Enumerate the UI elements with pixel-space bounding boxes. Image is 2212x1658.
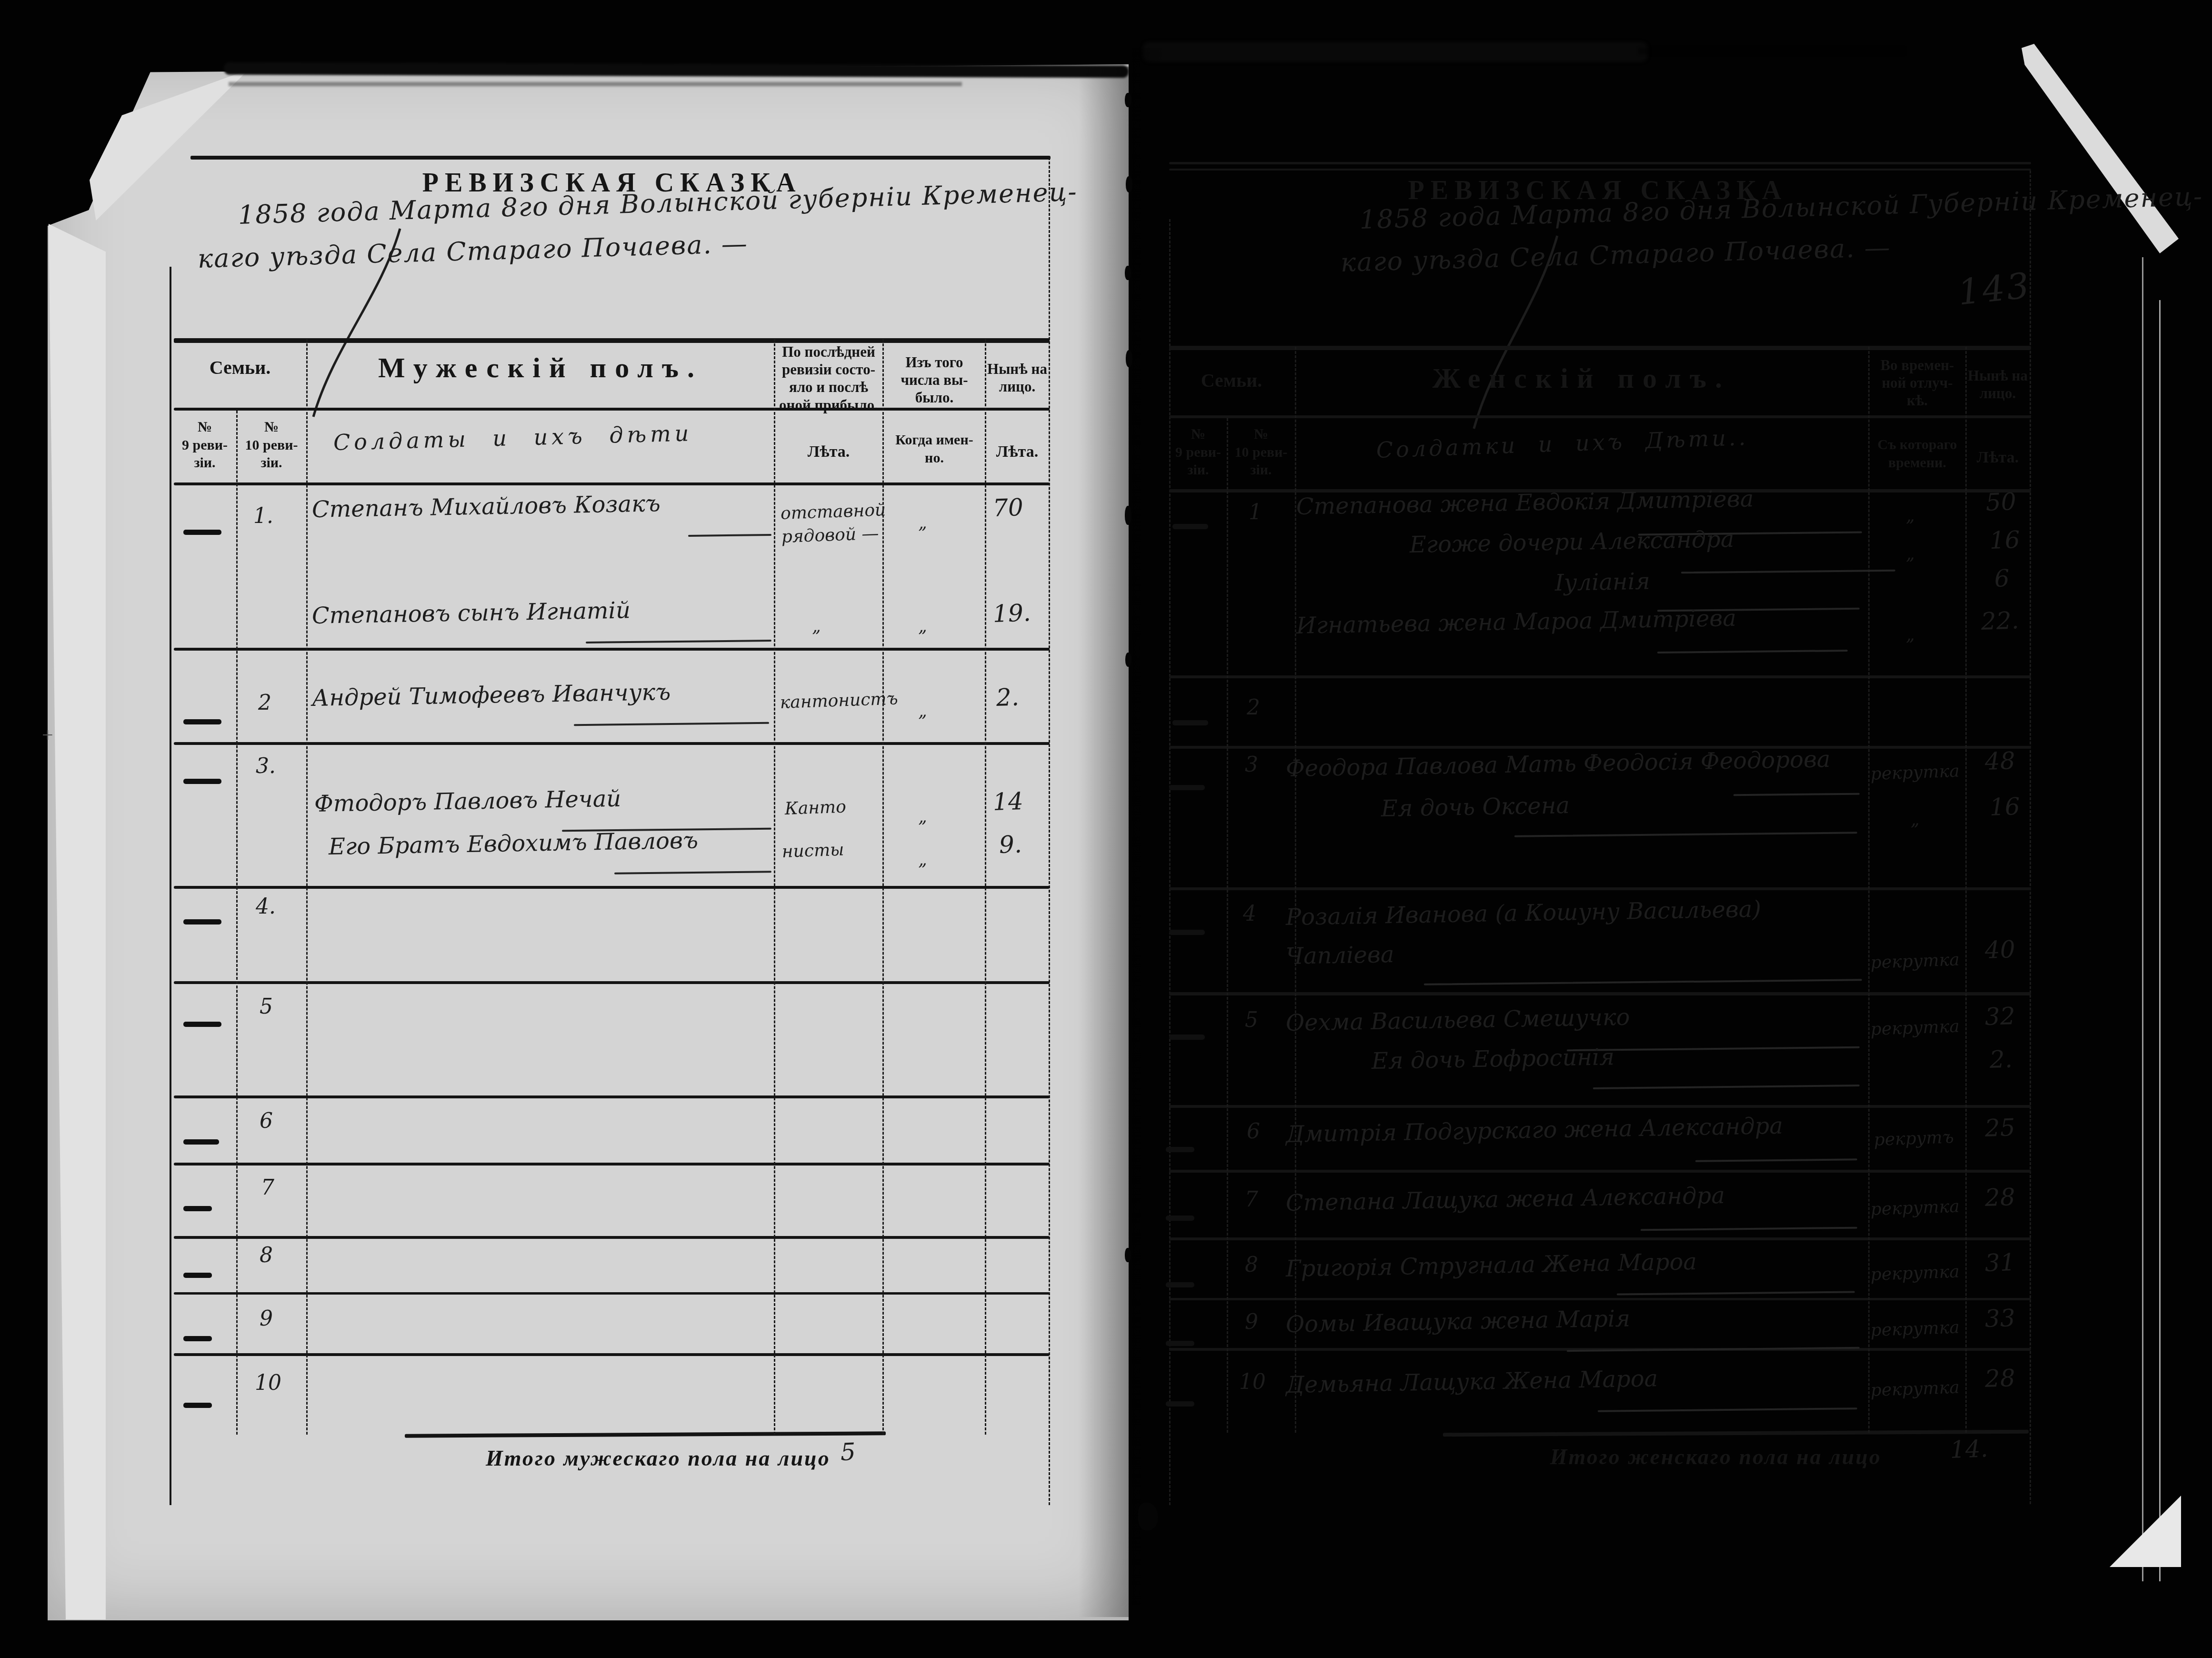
person-name: Степановъ сынъ Игнатій: [312, 597, 631, 629]
left-col-rev9: № 9 реви- зіи.: [174, 418, 235, 472]
rev9-dash: [1166, 1401, 1194, 1407]
left-ink-flourish: [305, 224, 429, 424]
right-frame-right: [2030, 171, 2031, 1504]
status-note: кантонистъ: [780, 687, 898, 714]
right-row-line: [1169, 1298, 2031, 1300]
family-number: 8: [1245, 1253, 1258, 1277]
right-ink-flourish: [1464, 231, 1588, 436]
family-number: 6: [1247, 1119, 1260, 1144]
ink-rule: [1593, 1085, 1860, 1089]
binding-stitch: [1126, 176, 1132, 192]
left-table-top-rule: [174, 338, 1050, 343]
absent-value: рекрутка: [1870, 1195, 1960, 1221]
right-header-divider: [1169, 415, 2031, 418]
rev9-dash: [183, 1273, 212, 1278]
ink-rule: [1641, 1227, 1857, 1231]
departed-ditto: „: [918, 848, 927, 872]
family-number: 4: [1243, 902, 1256, 926]
left-row-line: [174, 1292, 1050, 1295]
left-frame-left: [170, 267, 171, 1505]
right-col-absent: Во времен- ной отлуч- кѣ.: [1871, 356, 1964, 410]
absent-value: рекрутъ: [1873, 1126, 1954, 1152]
family-number: 7: [261, 1176, 274, 1200]
absent-value: рекрутка: [1870, 1376, 1960, 1402]
family-number: 8: [260, 1243, 273, 1267]
binding-stitch: [1125, 506, 1131, 525]
rev9-dash: [1172, 524, 1208, 529]
absent-value: „: [1910, 808, 1920, 832]
person-name: Ея дочь Оксена: [1381, 792, 1570, 822]
right-row-line: [1169, 746, 2031, 749]
age-value: 25: [1984, 1114, 2016, 1142]
ink-rule: [1424, 979, 1862, 985]
rev9-dash: [183, 530, 221, 535]
age-value: 9.: [999, 830, 1022, 859]
fore-edge-line: [2159, 300, 2161, 1581]
person-name: Феодора Павлова Мать Феодосія Феодорова: [1286, 746, 1831, 782]
departed-ditto: „: [918, 805, 927, 829]
absent-value: рекрутка: [1870, 1260, 1960, 1286]
left-row-line: [174, 1236, 1050, 1239]
age-value: 31: [1984, 1248, 2016, 1277]
right-col-gender: Женскій полъ.: [1295, 362, 1868, 395]
right-col-family: Семьи.: [1169, 369, 1294, 392]
right-row-line: [1169, 1105, 2031, 1108]
ink-rule: [1514, 832, 1857, 837]
age-value: 16: [1989, 793, 2021, 821]
family-number: 2: [1247, 695, 1260, 720]
right-top-edge-smudge: [1143, 42, 1648, 62]
right-date-line-2: каго уѣзда Села Стараго Почаева. —: [1340, 232, 1891, 278]
binding-stitch: [1125, 266, 1131, 280]
rev9-dash: [183, 919, 221, 924]
left-header-divider: [174, 408, 1050, 411]
age-value: 40: [1984, 935, 2016, 964]
left-col-gender: Мужескій полъ.: [307, 352, 774, 384]
person-name: Фтодоръ Павловъ Нечай: [314, 785, 621, 817]
right-dogear-fold: [2022, 44, 2179, 253]
rev9-dash: [183, 1022, 221, 1027]
right-frame-top: [1169, 162, 2031, 164]
family-number: 3.: [256, 754, 276, 778]
age-value: 70: [992, 493, 1024, 522]
left-row-line: [174, 981, 1050, 984]
left-col-present-sub: Лѣта.: [986, 442, 1049, 462]
age-value: 48: [1984, 747, 2016, 775]
age-value: 19.: [992, 599, 1031, 628]
status-note: „: [811, 615, 821, 638]
family-number: 7: [1245, 1187, 1258, 1212]
left-col-rev10: № 10 реви- зіи.: [238, 418, 305, 472]
age-value: 50: [1985, 488, 2017, 516]
left-frame-top: [190, 156, 1051, 160]
person-name: Демьяна Лащука Жена Мароа: [1286, 1365, 1658, 1398]
person-name: Оехма Васильева Смешучко: [1286, 1004, 1631, 1036]
status-note: нисты: [781, 838, 844, 864]
family-number: 9: [1245, 1310, 1258, 1334]
age-value: 22.: [1981, 606, 2020, 635]
absent-value: рекрутка: [1870, 1015, 1960, 1041]
left-col-line: [774, 339, 775, 1435]
right-frame-top2: [1169, 169, 2031, 171]
family-number: 1.: [253, 504, 273, 528]
person-name: Игнатьева жена Мароа Дмитріева: [1296, 605, 1737, 639]
binding-stitch: [1125, 1248, 1131, 1262]
ink-rule: [1657, 650, 1848, 653]
rev9-dash: [1169, 930, 1205, 935]
age-value: 28: [1984, 1183, 2016, 1212]
absent-value: рекрутка: [1870, 948, 1960, 975]
age-value: 16: [1989, 526, 2021, 554]
right-top-edge-crease: [1638, 48, 1905, 54]
rev9-dash: [183, 1206, 212, 1211]
right-col-line: [1965, 347, 1967, 1433]
left-total-value: 5: [840, 1438, 856, 1466]
left-col-departed: Изъ того числа вы- было.: [885, 353, 984, 407]
person-name: Дмитрія Подгурскаго жена Александра: [1286, 1113, 1783, 1148]
fore-edge-line: [2142, 257, 2143, 1581]
left-col-line: [985, 339, 986, 1435]
ink-rule: [1598, 1407, 1857, 1412]
family-number: 5: [1245, 1008, 1258, 1032]
binding-stitch: [1126, 350, 1132, 367]
age-value: 2.: [996, 683, 1020, 712]
rev9-dash: [183, 1336, 212, 1341]
person-name: Степана Лащука жена Александра: [1286, 1182, 1725, 1216]
departed-ditto: „: [918, 615, 927, 638]
right-col-absent-sub: Съ котораго времени.: [1869, 436, 1965, 472]
left-col-present: Нынѣ на лицо.: [986, 360, 1049, 395]
rev9-dash: [1169, 785, 1205, 790]
departed-ditto: „: [918, 512, 927, 535]
right-frame-left: [1169, 219, 1171, 1505]
left-row-line: [174, 482, 1050, 485]
person-name: Григорія Стругнала Жена Мароа: [1286, 1248, 1697, 1282]
scanned-book-spread: РЕВИЗСКАЯ СКАЗКА 1858 года Марта 8го дня…: [0, 0, 2212, 1658]
right-col-rev9: № 9 реви- зіи.: [1170, 425, 1227, 479]
right-col-present-sub: Лѣта.: [1966, 448, 2030, 468]
right-total-underline: [1443, 1430, 2029, 1437]
person-name: Чапліева: [1286, 941, 1394, 970]
rev9-dash: [183, 719, 221, 724]
absent-value: „: [1905, 504, 1915, 528]
left-frame-right: [1049, 157, 1050, 1505]
left-row-line: [174, 1095, 1050, 1098]
left-col-last-revision-sub: Лѣта.: [776, 442, 881, 462]
binding-stitch: [1125, 93, 1131, 107]
left-col-line: [236, 411, 238, 1435]
family-number: 9: [260, 1306, 273, 1331]
ink-rule: [1695, 1158, 1857, 1162]
family-number: 6: [260, 1109, 273, 1133]
person-name: Ея дочь Еофросинія: [1371, 1044, 1615, 1075]
rev9-dash: [1172, 720, 1208, 725]
age-value: 28: [1984, 1364, 2016, 1393]
absent-value: „: [1905, 623, 1915, 647]
ink-rule: [1681, 570, 1895, 574]
age-value: 14: [992, 787, 1024, 816]
rev9-dash: [1166, 1282, 1194, 1287]
person-name: Оомы Иващука жена Марія: [1286, 1305, 1631, 1338]
right-total-value: 14.: [1950, 1435, 1989, 1464]
right-col-rev10: № 10 реви- зіи.: [1228, 425, 1294, 479]
ink-rule: [1617, 1291, 1855, 1295]
right-col-line: [1868, 347, 1870, 1433]
bottom-corner-fold: [2110, 1496, 2181, 1567]
family-number: 10: [255, 1371, 281, 1395]
rev9-dash: [183, 1403, 212, 1408]
left-row-line: [174, 886, 1050, 889]
absent-value: „: [1905, 543, 1915, 566]
right-col-present: Нынѣ на лицо.: [1966, 367, 2030, 402]
age-value: 2.: [1989, 1045, 2013, 1074]
family-number: 4.: [256, 894, 276, 919]
right-col-line: [1227, 418, 1228, 1433]
family-number: 1: [1249, 500, 1262, 524]
right-row-line: [1169, 1237, 2031, 1240]
right-row-line: [1169, 675, 2031, 678]
right-row-line: [1169, 992, 2031, 995]
rev9-dash: [1169, 1035, 1205, 1040]
departed-ditto: „: [918, 700, 927, 723]
left-row-line: [174, 648, 1050, 651]
rev9-dash: [183, 779, 221, 784]
right-total-label: Итого женскаго пола на лицо: [1550, 1444, 1882, 1469]
family-number: 10: [1239, 1370, 1266, 1394]
right-row-line: [1169, 887, 2031, 890]
ink-rule: [1733, 793, 1860, 796]
right-table-top-rule: [1169, 346, 2031, 350]
left-total-label: Итого мужескаго пола на лицо: [486, 1446, 831, 1471]
rev9-dash: [1166, 1216, 1194, 1221]
folio-mark: 143: [1956, 265, 2033, 313]
family-number: 5: [260, 995, 273, 1019]
left-col-departed-sub: Когда имен- но.: [885, 431, 984, 467]
left-col-line: [306, 339, 308, 1435]
left-col-last-revision: По послѣдней ревизіи состо- яло и послѣ …: [776, 343, 881, 414]
left-row-line: [174, 1163, 1050, 1166]
right-row-line: [1169, 1170, 2031, 1173]
rev9-dash: [1166, 1341, 1194, 1346]
person-name: Розалія Иванова (а Кошуну Васильева): [1286, 896, 1762, 931]
age-value: 33: [1984, 1304, 2016, 1333]
absent-value: рекрутка: [1870, 760, 1960, 786]
margin-plus-mark: +: [42, 724, 53, 747]
binding-stitch: [1125, 653, 1131, 667]
status-note: Канто: [784, 796, 846, 821]
left-row-line: [174, 742, 1050, 745]
rev9-dash: [183, 1139, 219, 1145]
age-value: 6: [1994, 564, 2010, 593]
age-value: 32: [1984, 1002, 2016, 1031]
person-name: Іуліанія: [1555, 568, 1651, 596]
absent-value: рекрутка: [1870, 1316, 1960, 1342]
family-number: 3: [1245, 753, 1258, 777]
gutter-shadow-right: [1132, 48, 1168, 1605]
person-name: Егоже дочери Александра: [1410, 526, 1735, 558]
rev9-dash: [1166, 1147, 1194, 1152]
left-row-line: [174, 1353, 1050, 1356]
family-number: 2: [258, 691, 271, 715]
left-col-family: Семьи.: [174, 356, 306, 379]
ink-blot: [1138, 1503, 1158, 1530]
status-note: отставной рядовой —: [780, 499, 881, 549]
